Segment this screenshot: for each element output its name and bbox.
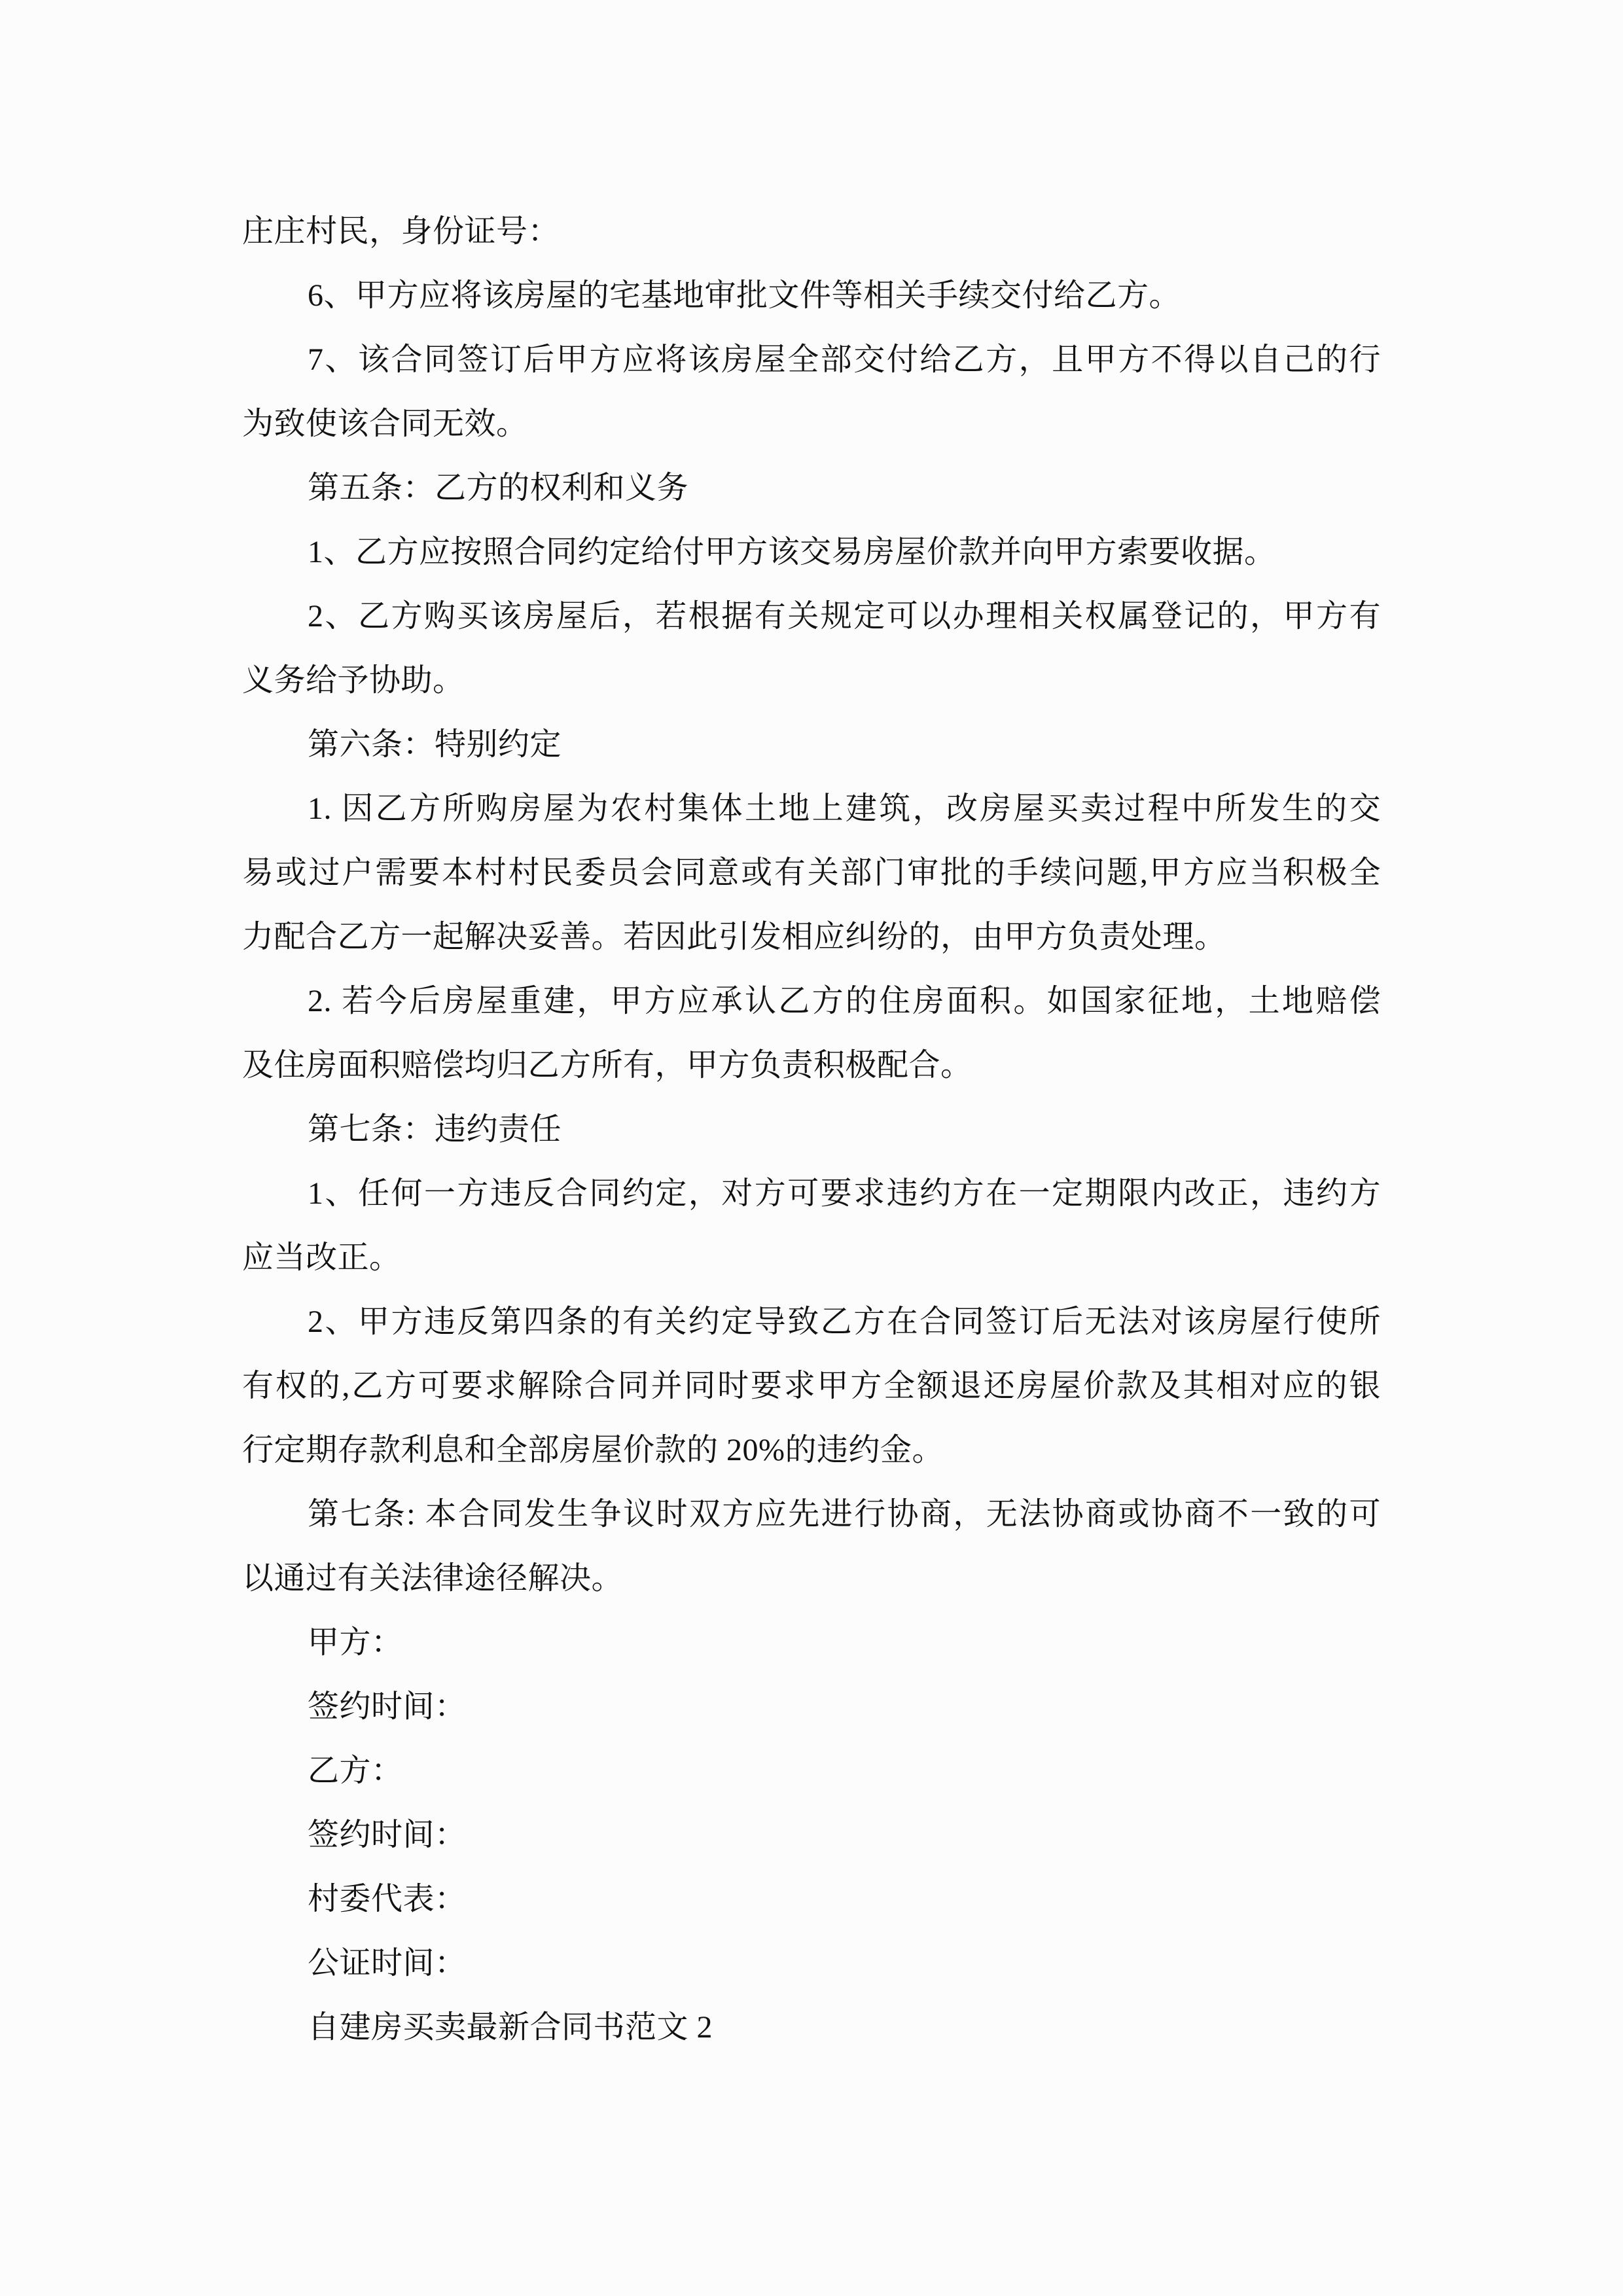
signature-field-village-rep: 村委代表：	[242, 1867, 1381, 1931]
document-line: 6、甲方应将该房屋的宅基地审批文件等相关手续交付给乙方。	[242, 264, 1381, 328]
document-line: 2. 若今后房屋重建，甲方应承认乙方的住房面积。如国家征地，土地赔偿	[242, 969, 1381, 1033]
document-line: 为致使该合同无效。	[242, 392, 1381, 456]
document-section-heading: 第七条: 本合同发生争议时双方应先进行协商，无法协商或协商不一致的可	[242, 1482, 1381, 1547]
document-line: 7、该合同签订后甲方应将该房屋全部交付给乙方，且甲方不得以自己的行	[242, 328, 1381, 392]
document-subtitle: 自建房买卖最新合同书范文 2	[242, 1996, 1381, 2060]
document-line: 力配合乙方一起解决妥善。若因此引发相应纠纷的，由甲方负责处理。	[242, 905, 1381, 969]
document-section-heading: 第五条：乙方的权利和义务	[242, 456, 1381, 520]
signature-field-date-a: 签约时间：	[242, 1675, 1381, 1739]
document-body: 庄庄村民，身份证号： 6、甲方应将该房屋的宅基地审批文件等相关手续交付给乙方。 …	[242, 200, 1381, 2060]
document-line: 1. 因乙方所购房屋为农村集体土地上建筑，改房屋买卖过程中所发生的交	[242, 777, 1381, 841]
document-line: 易或过户需要本村村民委员会同意或有关部门审批的手续问题,甲方应当积极全	[242, 841, 1381, 905]
contract-document-page: 庄庄村民，身份证号： 6、甲方应将该房屋的宅基地审批文件等相关手续交付给乙方。 …	[0, 0, 1623, 2296]
document-section-heading: 第七条：违约责任	[242, 1098, 1381, 1162]
document-line: 2、甲方违反第四条的有关约定导致乙方在合同签订后无法对该房屋行使所	[242, 1290, 1381, 1354]
signature-field-party-b: 乙方：	[242, 1739, 1381, 1803]
document-line: 1、乙方应按照合同约定给付甲方该交易房屋价款并向甲方索要收据。	[242, 520, 1381, 584]
document-line: 2、乙方购买该房屋后，若根据有关规定可以办理相关权属登记的，甲方有	[242, 584, 1381, 649]
document-line: 1、任何一方违反合同约定，对方可要求违约方在一定期限内改正，违约方	[242, 1162, 1381, 1226]
document-line: 及住房面积赔偿均归乙方所有，甲方负责积极配合。	[242, 1033, 1381, 1098]
document-section-heading: 第六条：特别约定	[242, 713, 1381, 777]
document-line: 以通过有关法律途径解决。	[242, 1547, 1381, 1611]
document-line: 行定期存款利息和全部房屋价款的 20%的违约金。	[242, 1418, 1381, 1482]
signature-field-date-b: 签约时间：	[242, 1803, 1381, 1867]
document-line: 义务给予协助。	[242, 649, 1381, 713]
signature-field-party-a: 甲方：	[242, 1611, 1381, 1675]
signature-field-notary-date: 公证时间：	[242, 1931, 1381, 1996]
document-line: 有权的,乙方可要求解除合同并同时要求甲方全额退还房屋价款及其相对应的银	[242, 1354, 1381, 1418]
document-line: 庄庄村民，身份证号：	[242, 200, 1381, 264]
document-line: 应当改正。	[242, 1226, 1381, 1290]
